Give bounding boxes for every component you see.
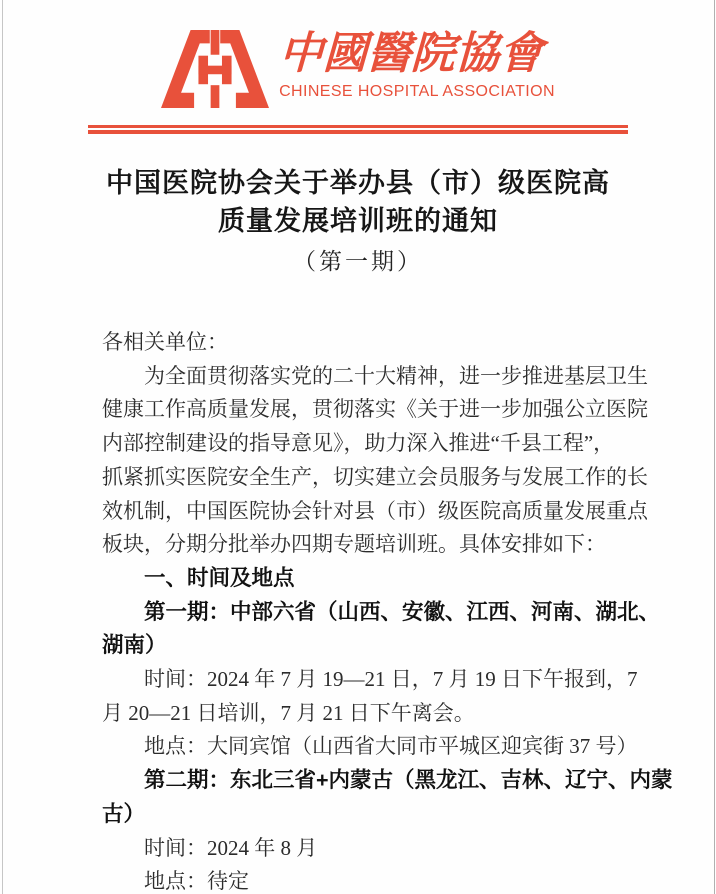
letterhead-divider — [88, 125, 628, 134]
document-title: 中国医院协会关于举办县（市）级医院高 质量发展培训班的通知 — [0, 164, 716, 240]
session1-region-line: 第一期：中部六省（山西、安徽、江西、河南、湖北、 — [102, 596, 642, 630]
salutation: 各相关单位： — [102, 326, 642, 360]
session-subtitle: （第一期） — [0, 246, 716, 278]
scan-edge-right — [714, 0, 715, 894]
letterhead: 中國醫院協會 CHINESE HOSPITAL ASSOCIATION — [0, 0, 716, 110]
body-line: 板块，分期分批举办四期专题培训班。具体安排如下： — [102, 528, 642, 562]
body-line: 抓紧抓实医院安全生产，切实建立会员服务与发展工作的长 — [102, 461, 642, 495]
document-body: 各相关单位： 为全面贯彻落实党的二十大精神，进一步推进基层卫生 健康工作高质量发… — [102, 326, 642, 894]
divider-line-thick — [88, 130, 628, 134]
session1-time-line-cont: 月 20—21 日培训，7 月 21 日下午离会。 — [102, 697, 642, 731]
body-line: 为全面贯彻落实党的二十大精神，进一步推进基层卫生 — [102, 360, 642, 394]
session1-region-line-cont: 湖南） — [102, 629, 642, 663]
brand-name-chinese: 中國醫院協會 — [278, 28, 544, 80]
session2-region-line: 第二期：东北三省+内蒙古（黑龙江、吉林、辽宁、内蒙 — [102, 764, 642, 798]
session2-region-line-cont: 古） — [102, 798, 642, 832]
session1-time-line: 时间：2024 年 7 月 19—21 日，7 月 19 日下午报到，7 — [102, 663, 642, 697]
section-heading-time-place: 一、时间及地点 — [102, 562, 642, 596]
session2-time-line: 时间：2024 年 8 月 — [102, 832, 642, 866]
document-page: 中國醫院協會 CHINESE HOSPITAL ASSOCIATION 中国医院… — [0, 0, 716, 894]
brand-name-english: CHINESE HOSPITAL ASSOCIATION — [279, 83, 555, 101]
session1-place-line: 地点：大同宾馆（山西省大同市平城区迎宾街 37 号） — [102, 730, 642, 764]
title-line-2: 质量发展培训班的通知 — [0, 202, 716, 240]
body-line: 内部控制建设的指导意见》，助力深入推进“千县工程”， — [102, 427, 642, 461]
scan-edge-left — [2, 0, 3, 894]
brand-block: 中國醫院協會 CHINESE HOSPITAL ASSOCIATION — [279, 28, 555, 101]
session2-place-line: 地点：待定 — [102, 865, 642, 894]
title-line-1: 中国医院协会关于举办县（市）级医院高 — [0, 164, 716, 202]
body-line: 健康工作高质量发展，贯彻落实《关于进一步加强公立医院 — [102, 393, 642, 427]
cha-logo-icon — [161, 30, 269, 110]
body-line: 效机制，中国医院协会针对县（市）级医院高质量发展重点 — [102, 495, 642, 529]
